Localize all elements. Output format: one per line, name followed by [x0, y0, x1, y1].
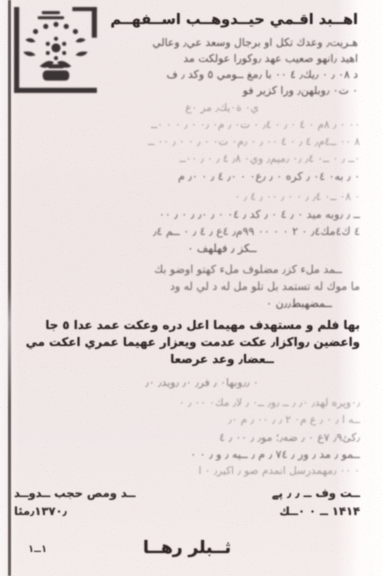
intro-paragraph: هـريت٫ وعدك تكل او برجال وسعد عي٫ وعالي …	[103, 35, 358, 99]
notice-headline: اهــبد اقـمي حيــدوهــب اســفهــم	[104, 8, 358, 32]
text-line: واعضين ٫واكزا٫ عكت عدمت ويعزار عهيما عمر…	[14, 334, 360, 351]
official-seal-icon	[11, 5, 101, 97]
scanned-notice-page: اهــبد اقـمي حيــدوهــب اســفهــم هـريت٫…	[0, 0, 382, 576]
text-line: ٨ ٠٠ ــ٤م٫ ٤ ٫ ٠ ٤ ٠٠ ٫ ٠ ٫م٠ ت٠ ٠ ٫ ٠ ٠…	[14, 134, 360, 151]
text-line: ــكز ٫ فهلهف ٠	[14, 240, 360, 257]
text-line: ٤ ك٤مك٫٤ ٠ ٢ ٠ ٠ ٠٠ ٩٩م٫ ٤ع ٫ ٤ ٫ ٠ ــم …	[14, 223, 360, 240]
date-right: ۱۴۱۴ ــ ٠ ٠ــك	[279, 502, 360, 520]
footer-title: ثــبلر رهــا	[143, 538, 231, 558]
text-line: ــمضهبط٫٫ن ٠	[14, 295, 360, 312]
text-line: بها فلم و مستهدف مهيما اعل دره وعكت عمد …	[14, 317, 360, 334]
text-line: ــه ا ٫ ٠ ٫ ع م٠ ٢ ٫ ٫ ٠٠ ٫ م ٫٠	[14, 412, 360, 429]
text-line: ٠ــ ٫ ٠ ــ٠ ٫٤ ٠٫ ٫ميم٫ وي٠ ٫٨ ٤ ٫ ٠ ٫ ٠…	[14, 151, 360, 168]
text-line: ٠ ٠٠ ٫مهمدرسل انمدم صو ٫ اكير٫ ٠ ا	[14, 463, 360, 480]
body-text-column: ي٠ ة٠يك٫ مر ٠ع ٠٠ ٠ ٫ ٨م ٠ ٤ ٠ ٫ ٠ ٫٤ ٠ …	[14, 100, 360, 558]
intro-line: ٠ ت٠ ٫وبلهن٫ ورا كزير فو	[103, 83, 358, 99]
text-line: ٠٠ ٠ ٫ ٨م ٠ ٤ ٠ ٫ ٠ ٫٤ ٠ ت٠ ٫ م٠ ٠٫ ٠ ٫ …	[14, 117, 360, 134]
text-line: ٠ ٠٨ ــ٠ ٫٤ ٫ ٠ ٠ ٫ ٠٠ ٫ ٤ ٫ ٠	[14, 189, 360, 206]
intro-line: هـريت٫ وعدك تكل او برجال وسعد عي٫ وعالي	[103, 35, 358, 51]
signature-left: ــد ومص حجب ــدوــد	[14, 484, 135, 502]
text-line: ــمو ٫ مد ٫ ور ٫ ٧٤ ٫ م ٫ ــيه ٫ و ٫ ٠ ٠	[14, 446, 360, 463]
text-line: ــعضا٫ وعد عرصعا	[14, 351, 360, 368]
text-line: ي٠ ة٠يك٫ مر ٠ع	[14, 100, 360, 117]
text-line: ٠٫وپره لهد٫ ٫٠ ٫ ــ ٫و٫ ــ٠ ٫ لا٫ مك٠ ٠٠…	[14, 395, 360, 412]
signature-right: ــت وف ــ ٫ ٫ پے	[272, 484, 360, 502]
text-line: ٫كئ٫٩ ٧ع ٠ ٫ ضه٫؛ مو٫ ٫ ٠٠ ٫ ٤	[14, 429, 360, 446]
signature-row: ــت وف ــ ٫ ٫ پے ــد ومص حجب ــدوــد	[14, 484, 360, 502]
text-line: ما موك له تستمد بل تلو مل له د لي له ود	[14, 278, 360, 295]
date-row: ۱۴۱۴ ــ ٠ ٠ــك ٫۱۳٧٠٫مئا	[14, 502, 360, 520]
date-left: ٫۱۳٧٠٫مئا	[14, 502, 67, 520]
text-line: ــ ٫ ٫وبه ميد ٠ ٫ ٤ ٠ ٫ كد ٫ ٠٤ ٠ ٫ ٫٠ ٫…	[14, 206, 360, 223]
page-number-mark: ١ــ١	[28, 544, 47, 555]
footer-row: ثــبلر رهــا ١ــ١	[14, 534, 360, 558]
intro-line: اهيد ٫انهو صعيب عهد ٫وكورا عولكت مد	[103, 51, 358, 67]
text-line: ٠ ٫٫وبها٠ ٫ فر٫ ٫٠ ٫ويد٫ ٫٠	[14, 374, 360, 391]
text-line: ٠ ٫ به٠ ٠٤ ٫ كره ٠ ٫ ٫ع٠ ٠ ٫٠ ٤ ٫ ٠ ٫٠ م	[14, 168, 360, 185]
text-line: ــمد ملء كز٫ مضلوف ملء كهتو اوضو بك	[14, 261, 360, 278]
intro-line: د ٠٨ ٫ ٠ ٫يك٫ ٤ ٠٠ با ٫مغ ــومي ٥ وكد ٫ …	[103, 67, 358, 83]
